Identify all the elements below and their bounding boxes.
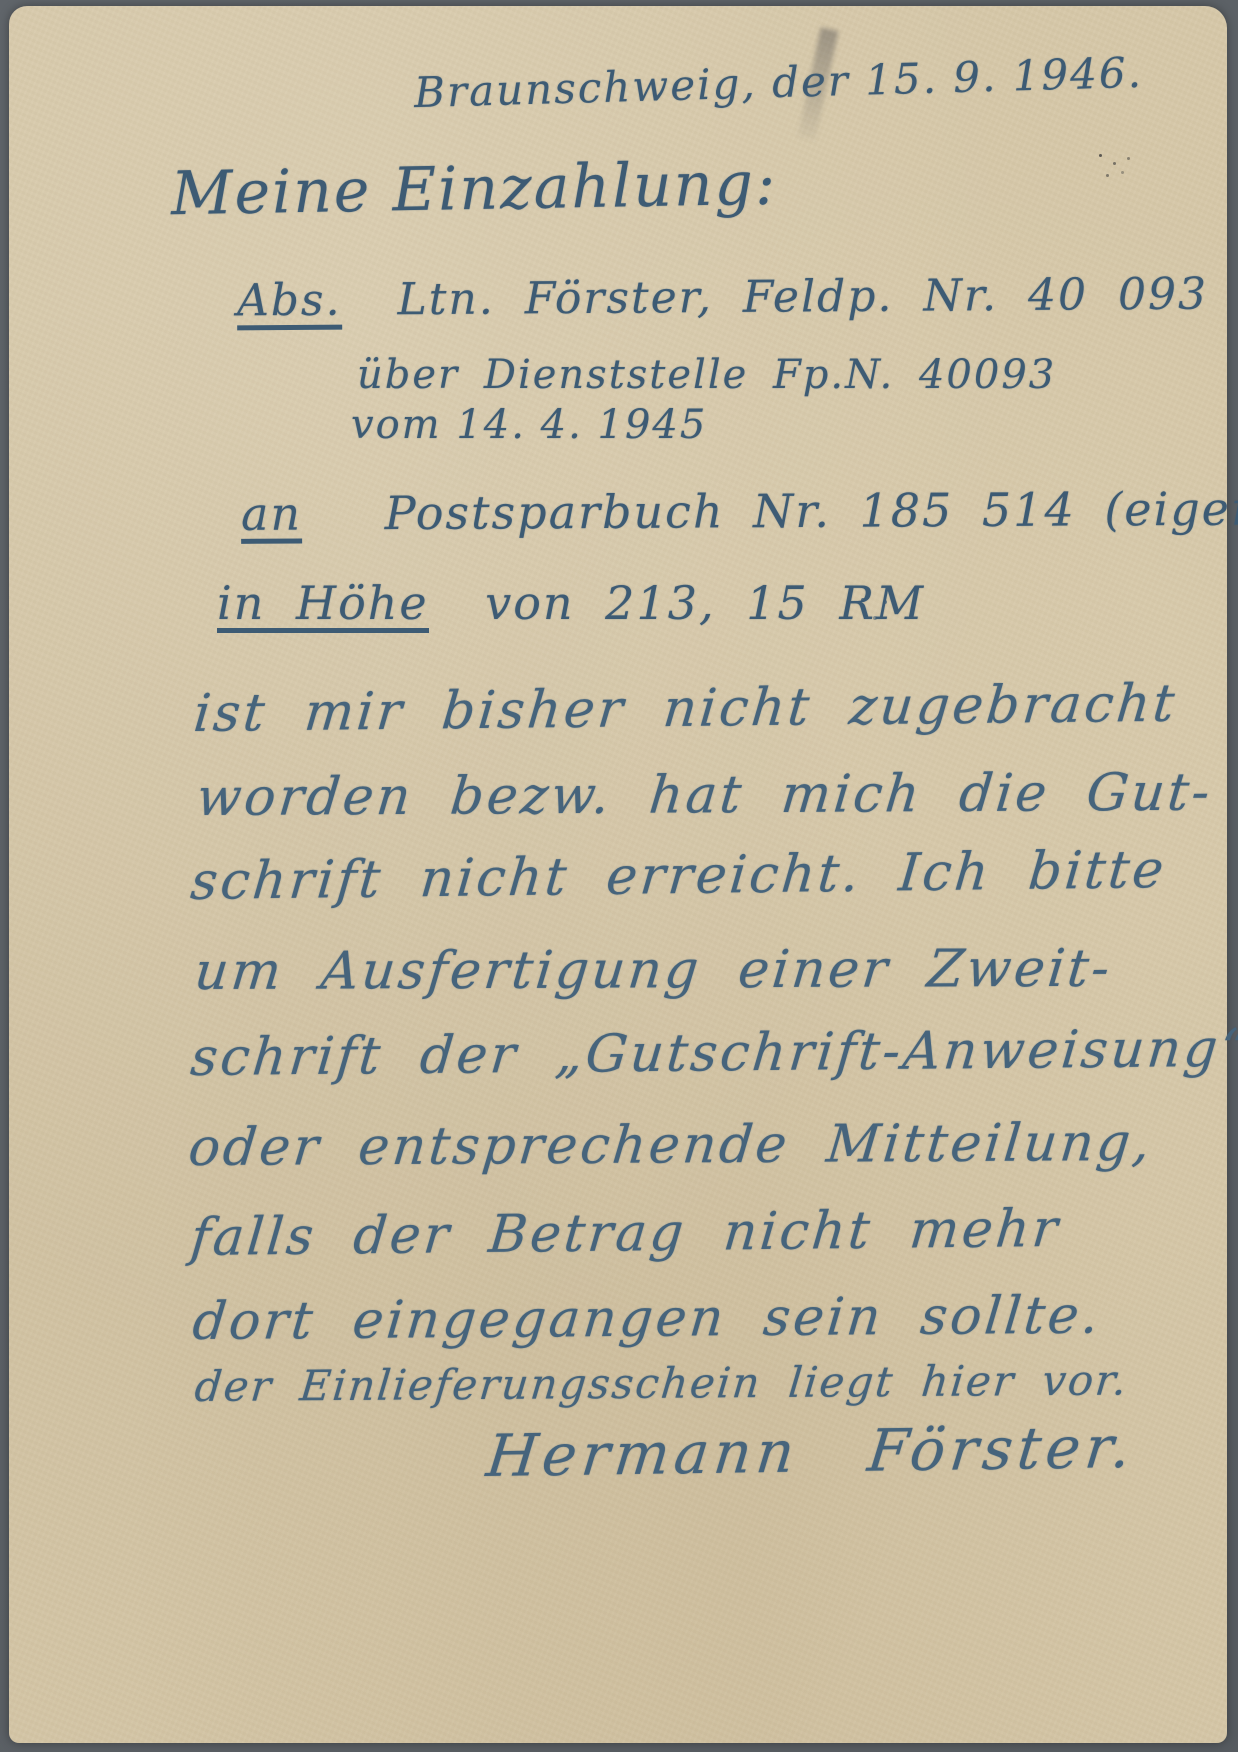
dateline: Braunschweig, der 15. 9. 1946.: [413, 48, 1143, 117]
amount-line: in Höhe von 213, 15 RM: [217, 576, 925, 633]
body-line: der Einlieferungsschein liegt hier vor.: [193, 1355, 1131, 1411]
deposit-date-line: vom 14. 4. 1945: [351, 402, 707, 448]
via-line: über Dienststelle Fp.N. 40093: [357, 352, 1056, 398]
recipient-text: Postsparbuch Nr. 185 514 (eigenes): [385, 481, 1238, 540]
body-line: um Ausfertigung einer Zweit-: [192, 939, 1115, 1002]
letter-page: Braunschweig, der 15. 9. 1946. Meine Ein…: [9, 6, 1227, 1743]
body-line: worden bezw. hat mich die Gut-: [194, 763, 1215, 828]
amount-text: von 213, 15 RM: [485, 576, 925, 630]
body-line: falls der Betrag nicht mehr: [188, 1199, 1063, 1268]
signature: Hermann Förster.: [483, 1413, 1139, 1490]
body-line: schrift der „Gutschrift-Anweisung“: [188, 1019, 1238, 1088]
body-line: oder entsprechende Mitteilung,: [186, 1113, 1155, 1178]
recipient-line: an Postsparbuch Nr. 185 514 (eigenes): [241, 481, 1238, 544]
sender-line: Abs. Ltn. Förster, Feldp. Nr. 40 093: [237, 269, 1208, 331]
sender-text: Ltn. Förster, Feldp. Nr. 40 093: [397, 269, 1208, 326]
body-line: dort eingegangen sein sollte.: [190, 1286, 1104, 1352]
ink-speckles: [1099, 154, 1102, 157]
recipient-label: an: [241, 490, 302, 545]
amount-label: in Höhe: [217, 579, 429, 633]
heading: Meine Einzahlung:: [170, 149, 777, 230]
body-line: ist mir bisher nicht zugebracht: [191, 674, 1180, 744]
body-line: schrift nicht erreicht. Ich bitte: [188, 840, 1169, 912]
photo-backdrop: Braunschweig, der 15. 9. 1946. Meine Ein…: [0, 0, 1238, 1752]
sender-label: Abs.: [237, 278, 342, 331]
